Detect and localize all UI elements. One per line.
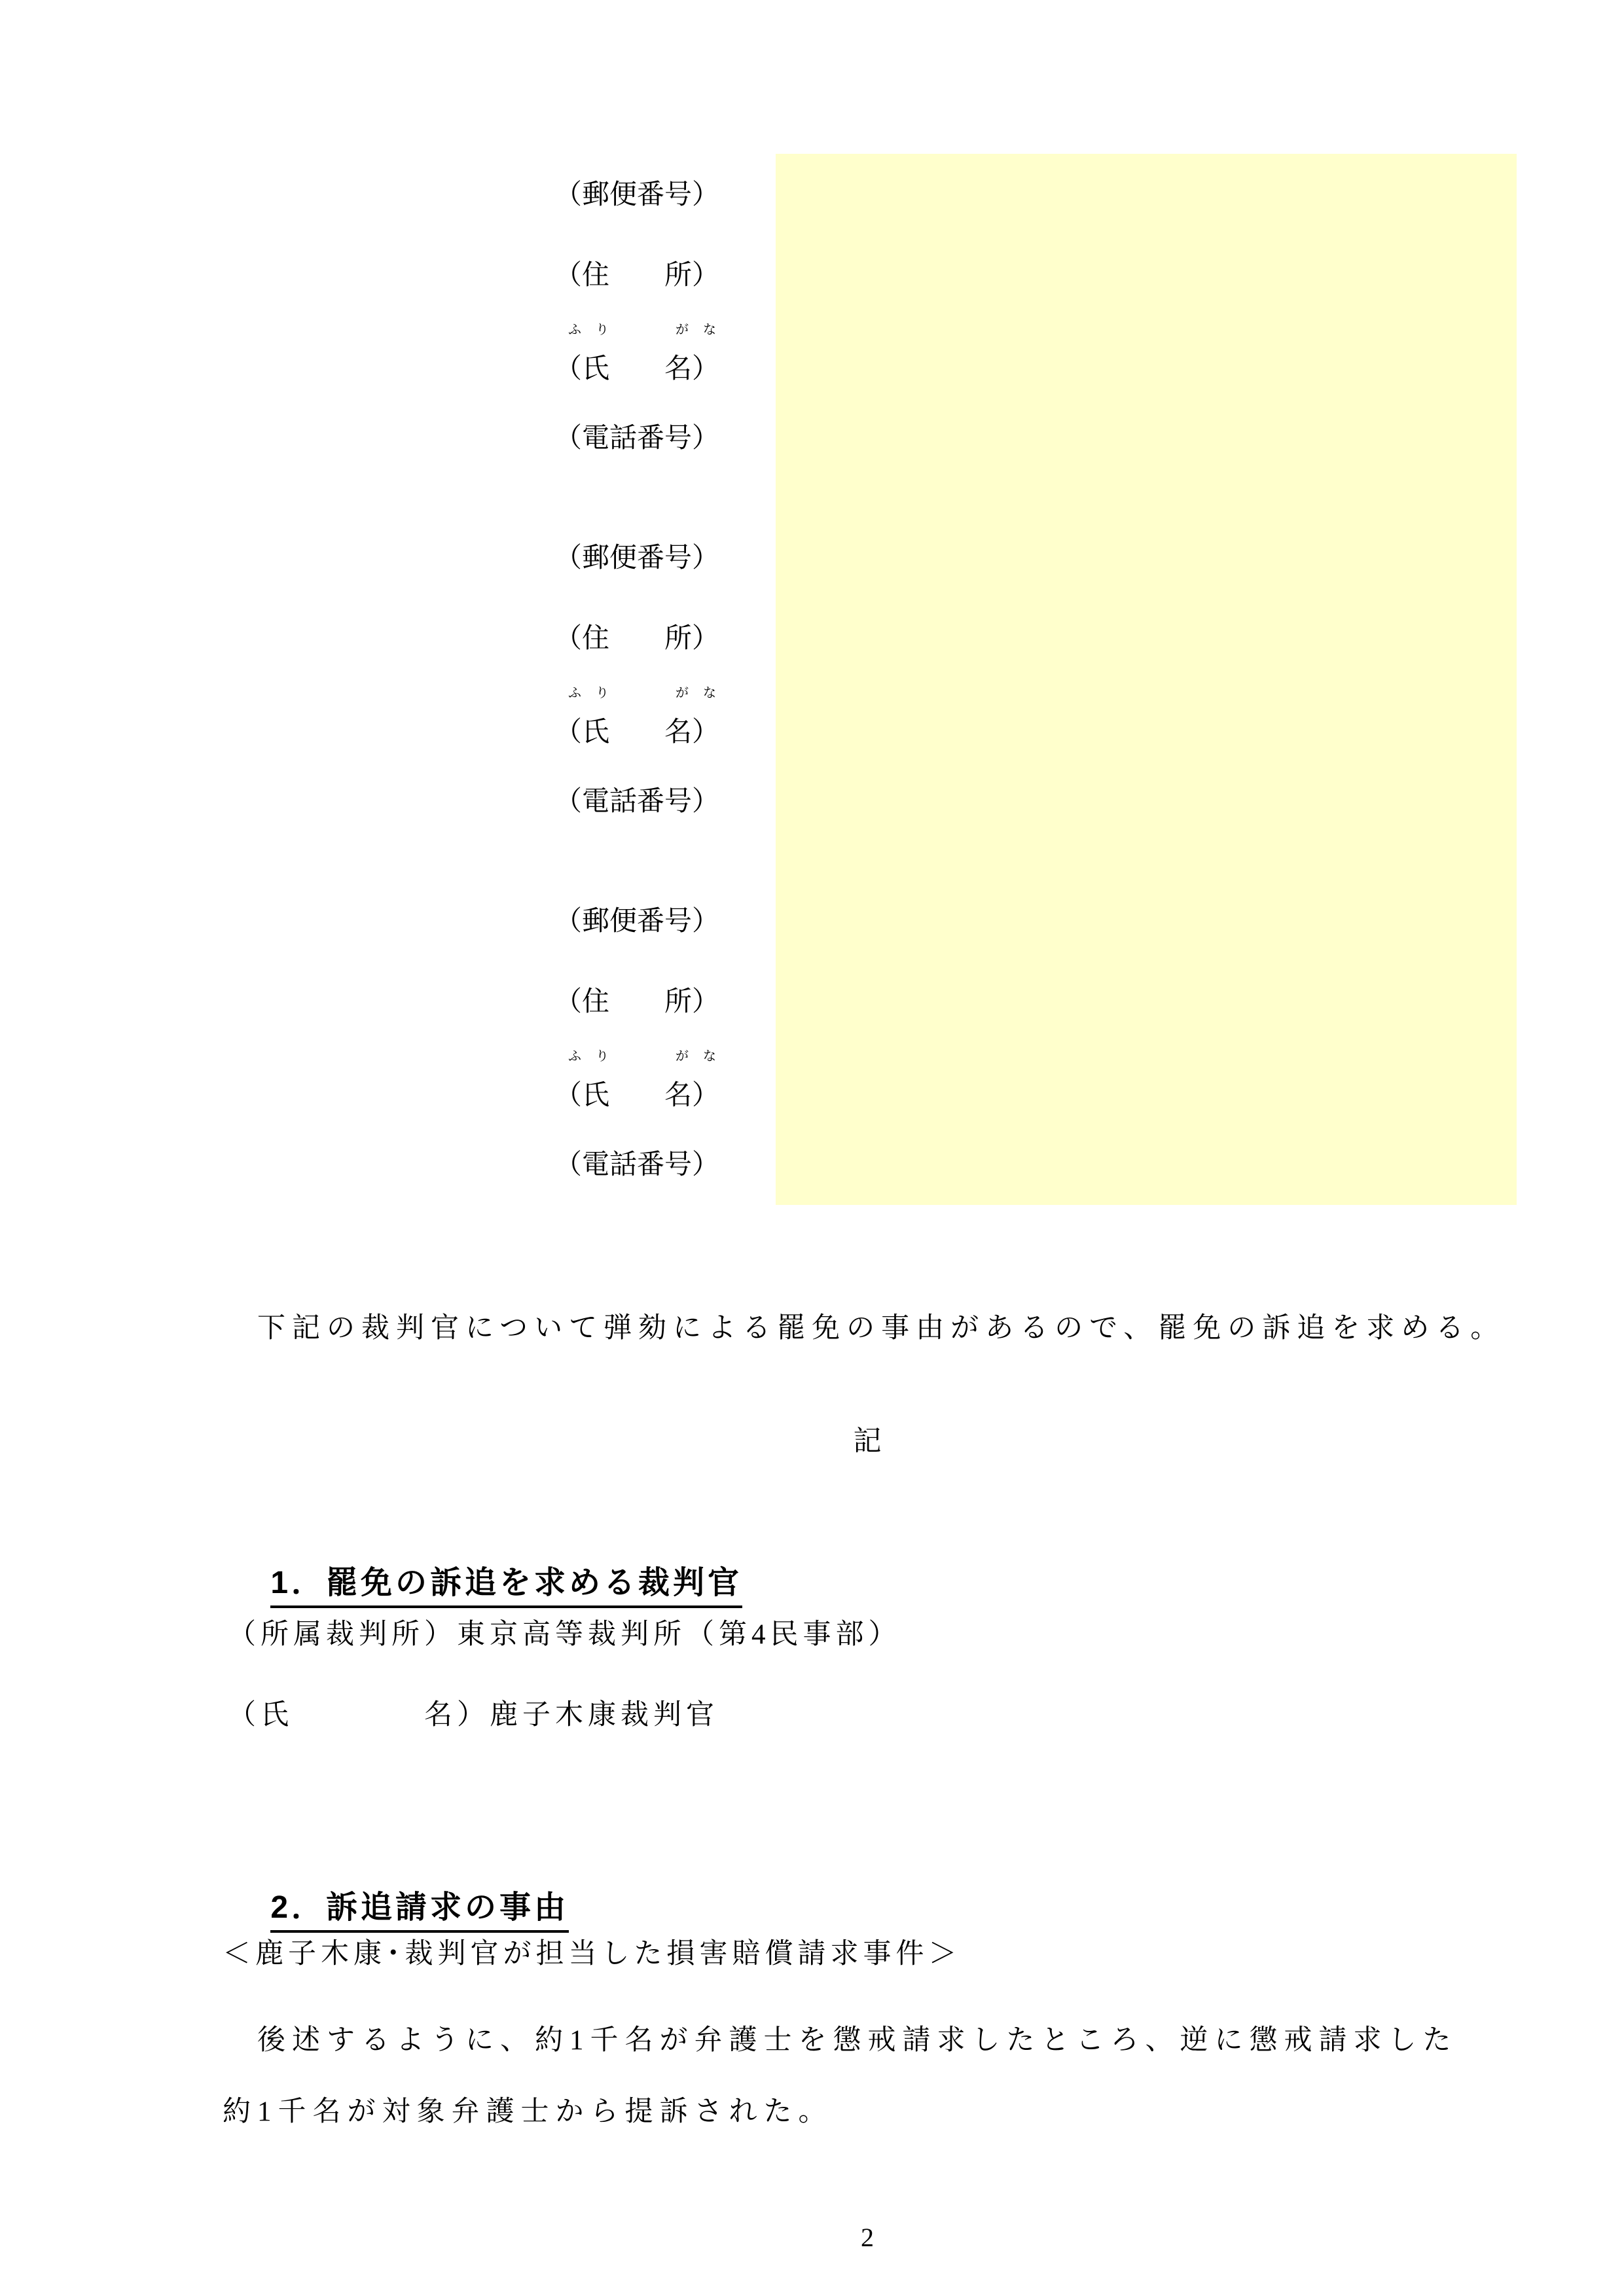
contact-form-block: （郵便番号） （住 所） ふり がな （氏 名） （電話番号） [0,181,772,456]
furigana-label: ふり [568,687,623,700]
section1-heading-text: 1．罷免の訴追を求める裁判官 [270,1566,742,1608]
page-number: 2 [223,2224,1512,2251]
address-label: （住 所） [554,988,719,1016]
intro-sentence: 下記の裁判官について弾劾による罷免の事由があるので、罷免の訴追を求める。 [223,1314,1505,1344]
address-label: （住 所） [554,261,719,290]
name-label: （氏 名） [554,1081,719,1110]
postal-code-label: （郵便番号） [554,544,719,573]
judge-name-line: （氏 名）鹿子木康裁判官 [228,1700,719,1731]
phone-number-label: （電話番号） [554,787,719,816]
furigana-label: ふり [568,323,623,337]
furigana-label: がな [676,1050,731,1064]
postal-code-label: （郵便番号） [554,907,719,936]
fill-in-highlight-box [776,154,1517,1205]
contact-form-block: （郵便番号） （住 所） ふり がな （氏 名） （電話番号） [0,907,772,1182]
postal-code-label: （郵便番号） [554,181,719,209]
section2-heading-text: 2．訴追請求の事由 [270,1891,569,1933]
ki-marker: 記 [223,1427,1512,1457]
furigana-label: がな [676,323,731,337]
body-paragraph-line-1: 後述するように、約1千名が弁護士を懲戒請求したところ、逆に懲戒請求した [223,2026,1458,2056]
court-affiliation-line: （所属裁判所）東京高等裁判所（第4民事部） [228,1620,901,1650]
phone-number-label: （電話番号） [554,1151,719,1179]
name-label: （氏 名） [554,718,719,747]
furigana-label: がな [676,687,731,700]
body-paragraph-line-2: 約1千名が対象弁護士から提訴された。 [223,2097,833,2127]
document-page: （郵便番号） （住 所） ふり がな （氏 名） （電話番号） （郵便番号） （… [0,0,1624,2296]
phone-number-label: （電話番号） [554,424,719,453]
address-label: （住 所） [554,624,719,653]
contact-form-block: （郵便番号） （住 所） ふり がな （氏 名） （電話番号） [0,544,772,819]
case-title-line: ＜鹿子木康･裁判官が担当した損害賠償請求事件＞ [223,1939,962,1969]
name-label: （氏 名） [554,355,719,384]
furigana-label: ふり [568,1050,623,1064]
